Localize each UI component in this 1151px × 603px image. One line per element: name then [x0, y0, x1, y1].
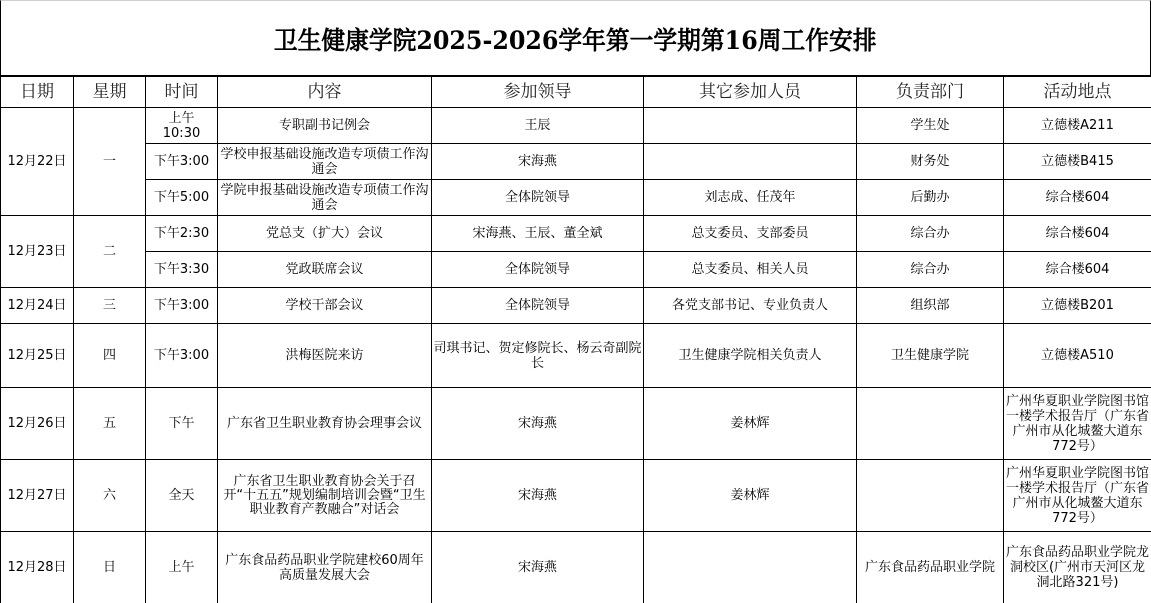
content-cell: 学校干部会议 [218, 288, 432, 324]
time-cell: 下午5:00 [146, 180, 218, 216]
others-cell: 总支委员、相关人员 [644, 252, 857, 288]
location-cell: 广东食品药品职业学院龙洞校区(广州市天河区龙洞北路321号) [1004, 532, 1151, 603]
location-cell: 立德楼A510 [1004, 324, 1151, 388]
department-cell: 财务处 [857, 144, 1004, 180]
others-cell: 姜林辉 [644, 460, 857, 532]
time-cell: 上午 10:30 [146, 108, 218, 144]
leaders-cell: 司琪书记、贺定修院长、杨云奇副院长 [432, 324, 644, 388]
date-cell: 12月28日 [1, 532, 74, 603]
content-cell: 广东省卫生职业教育协会关于召开“十五五”规划编制培训会暨“卫生职业教育产教融合”… [218, 460, 432, 532]
others-cell [644, 108, 857, 144]
location-cell: 综合楼604 [1004, 252, 1151, 288]
weekday-cell: 六 [74, 460, 146, 532]
date-cell: 12月24日 [1, 288, 74, 324]
schedule-table: 日期 星期 时间 内容 参加领导 其它参加人员 负责部门 活动地点 12月22日… [0, 75, 1151, 603]
table-row: 12月26日 五 下午 广东省卫生职业教育协会理事会议 宋海燕 姜林辉 广州华夏… [1, 388, 1151, 460]
others-cell: 姜林辉 [644, 388, 857, 460]
content-cell: 洪梅医院来访 [218, 324, 432, 388]
table-row: 下午5:00 学院申报基础设施改造专项债工作沟通会 全体院领导 刘志成、任茂年 … [1, 180, 1151, 216]
date-cell: 12月26日 [1, 388, 74, 460]
date-cell: 12月23日 [1, 216, 74, 288]
others-cell: 各党支部书记、专业负责人 [644, 288, 857, 324]
location-cell: 广州华夏职业学院图书馆一楼学术报告厅（广东省广州市从化城鳌大道东772号） [1004, 460, 1151, 532]
department-cell: 综合办 [857, 216, 1004, 252]
time-cell: 下午3:30 [146, 252, 218, 288]
time-cell: 下午 [146, 388, 218, 460]
time-cell: 下午3:00 [146, 288, 218, 324]
header-location: 活动地点 [1004, 76, 1151, 108]
table-row: 12月24日 三 下午3:00 学校干部会议 全体院领导 各党支部书记、专业负责… [1, 288, 1151, 324]
title-bar: 卫生健康学院2025-2026学年第一学期第16周工作安排 [0, 0, 1151, 76]
table-row: 下午3:00 学校申报基础设施改造专项债工作沟通会 宋海燕 财务处 立德楼B41… [1, 144, 1151, 180]
content-cell: 学院申报基础设施改造专项债工作沟通会 [218, 180, 432, 216]
others-cell: 总支委员、支部委员 [644, 216, 857, 252]
leaders-cell: 宋海燕 [432, 144, 644, 180]
time-cell: 全天 [146, 460, 218, 532]
weekday-cell: 三 [74, 288, 146, 324]
time-cell: 下午3:00 [146, 144, 218, 180]
table-row: 12月28日 日 上午 广东食品药品职业学院建校60周年高质量发展大会 宋海燕 … [1, 532, 1151, 603]
weekday-cell: 四 [74, 324, 146, 388]
location-cell: 立德楼B201 [1004, 288, 1151, 324]
header-row: 日期 星期 时间 内容 参加领导 其它参加人员 负责部门 活动地点 [1, 76, 1151, 108]
table-row: 下午3:30 党政联席会议 全体院领导 总支委员、相关人员 综合办 综合楼604 [1, 252, 1151, 288]
page-title: 卫生健康学院2025-2026学年第一学期第16周工作安排 [274, 21, 877, 57]
location-cell: 综合楼604 [1004, 180, 1151, 216]
department-cell [857, 388, 1004, 460]
header-weekday: 星期 [74, 76, 146, 108]
location-cell: 立德楼A211 [1004, 108, 1151, 144]
location-cell: 广州华夏职业学院图书馆一楼学术报告厅（广东省广州市从化城鳌大道东772号） [1004, 388, 1151, 460]
leaders-cell: 全体院领导 [432, 288, 644, 324]
location-cell: 立德楼B415 [1004, 144, 1151, 180]
content-cell: 广东食品药品职业学院建校60周年高质量发展大会 [218, 532, 432, 603]
department-cell: 组织部 [857, 288, 1004, 324]
date-cell: 12月22日 [1, 108, 74, 216]
table-row: 12月25日 四 下午3:00 洪梅医院来访 司琪书记、贺定修院长、杨云奇副院长… [1, 324, 1151, 388]
content-cell: 党政联席会议 [218, 252, 432, 288]
leaders-cell: 王辰 [432, 108, 644, 144]
date-cell: 12月27日 [1, 460, 74, 532]
time-cell: 下午3:00 [146, 324, 218, 388]
department-cell [857, 460, 1004, 532]
header-department: 负责部门 [857, 76, 1004, 108]
header-content: 内容 [218, 76, 432, 108]
date-cell: 12月25日 [1, 324, 74, 388]
table-row: 12月27日 六 全天 广东省卫生职业教育协会关于召开“十五五”规划编制培训会暨… [1, 460, 1151, 532]
others-cell [644, 144, 857, 180]
content-cell: 学校申报基础设施改造专项债工作沟通会 [218, 144, 432, 180]
content-cell: 广东省卫生职业教育协会理事会议 [218, 388, 432, 460]
others-cell: 刘志成、任茂年 [644, 180, 857, 216]
weekday-cell: 日 [74, 532, 146, 603]
weekday-cell: 一 [74, 108, 146, 216]
department-cell: 学生处 [857, 108, 1004, 144]
others-cell: 卫生健康学院相关负责人 [644, 324, 857, 388]
department-cell: 后勤办 [857, 180, 1004, 216]
header-others: 其它参加人员 [644, 76, 857, 108]
leaders-cell: 宋海燕、王辰、董全斌 [432, 216, 644, 252]
time-cell: 上午 [146, 532, 218, 603]
header-time: 时间 [146, 76, 218, 108]
leaders-cell: 全体院领导 [432, 252, 644, 288]
schedule-sheet: 卫生健康学院2025-2026学年第一学期第16周工作安排 日期 星期 时间 内… [0, 0, 1151, 603]
content-cell: 专职副书记例会 [218, 108, 432, 144]
department-cell: 广东食品药品职业学院 [857, 532, 1004, 603]
department-cell: 卫生健康学院 [857, 324, 1004, 388]
weekday-cell: 二 [74, 216, 146, 288]
table-row: 12月22日 一 上午 10:30 专职副书记例会 王辰 学生处 立德楼A211 [1, 108, 1151, 144]
header-date: 日期 [1, 76, 74, 108]
leaders-cell: 宋海燕 [432, 460, 644, 532]
leaders-cell: 宋海燕 [432, 388, 644, 460]
leaders-cell: 全体院领导 [432, 180, 644, 216]
time-cell: 下午2:30 [146, 216, 218, 252]
content-cell: 党总支（扩大）会议 [218, 216, 432, 252]
others-cell [644, 532, 857, 603]
department-cell: 综合办 [857, 252, 1004, 288]
table-row: 12月23日 二 下午2:30 党总支（扩大）会议 宋海燕、王辰、董全斌 总支委… [1, 216, 1151, 252]
header-leaders: 参加领导 [432, 76, 644, 108]
leaders-cell: 宋海燕 [432, 532, 644, 603]
location-cell: 综合楼604 [1004, 216, 1151, 252]
weekday-cell: 五 [74, 388, 146, 460]
